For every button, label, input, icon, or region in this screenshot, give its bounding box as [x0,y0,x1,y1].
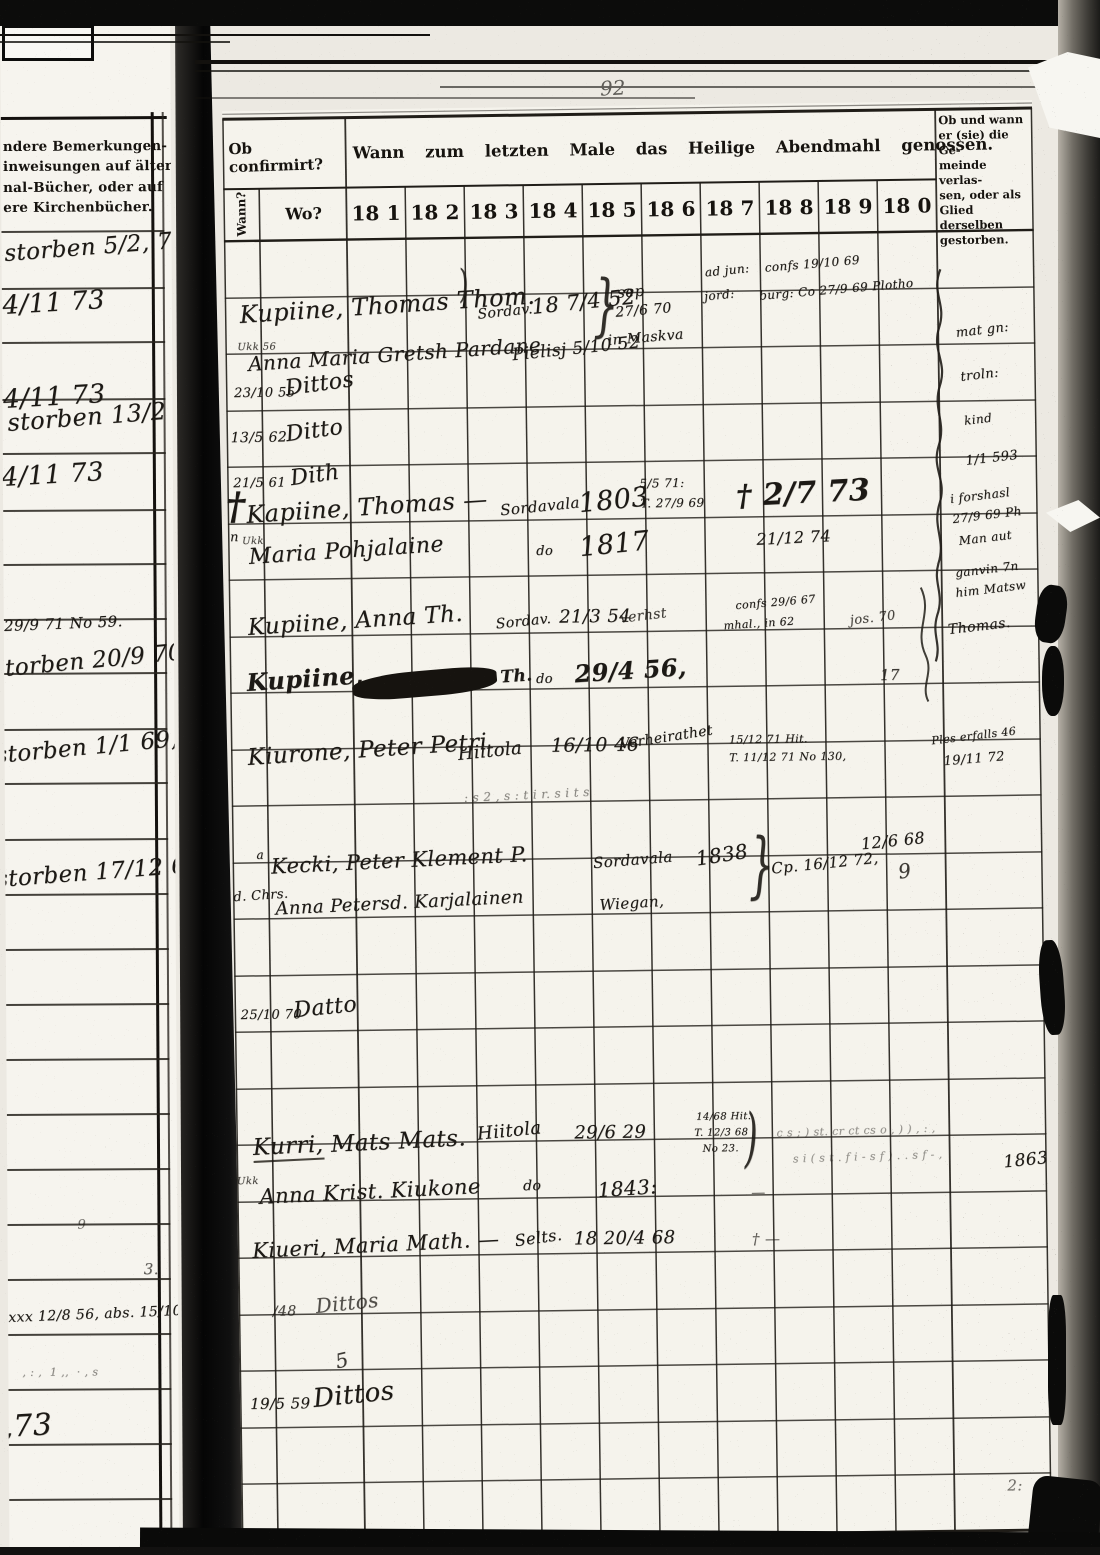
handwritten-entry: 17 [880,668,900,683]
handwritten-entry: a [256,849,264,861]
handwritten-entry: ,73 [3,1410,54,1443]
year-prefix: 18 [528,199,556,223]
ruled-line [6,948,169,951]
year-prefix: 18 [469,199,497,223]
ruled-line [3,452,166,455]
year-prefix: 18 [705,196,733,220]
departed-header-line: gestorben. [940,232,1032,248]
handwritten-entry: 1863 [1003,1150,1049,1171]
handwritten-entry: do [523,1179,541,1193]
handwritten-entry: storben 17/12 63 [0,853,179,892]
handwritten-entry: 29/9 71 No 59. [4,614,123,634]
year-column-header: 189 [818,180,878,233]
page-number-pencil: 92 [599,75,626,100]
handwritten-entry: 29/4 56, [574,655,688,686]
right-page: Ob confirmirt? Wann zum letzten Male das… [222,100,1052,1555]
handwritten-entry: 4/11 73 [1,459,105,491]
handwritten-entry: Kupiine, [246,663,364,695]
year-digit: 8 [799,195,813,219]
year-digit: 1 [386,201,400,225]
handwritten-entry: , : , 1 ,, · , s [22,1366,98,1377]
ruled-line [8,1333,171,1336]
ruled-line [6,1003,169,1006]
scan-corner-patch [2,25,94,61]
left-header-line: ere Kirchenbücher. [3,197,155,218]
year-digit: 2 [445,200,459,224]
handwritten-entry: 1843: [597,1176,658,1200]
left-page-header: ndere Bemerkungen-inweisungen auf ältere… [3,136,155,218]
handwritten-entry: 5/5 71: [639,477,684,490]
year-digit: 6 [681,197,695,221]
left-page-right-border-2 [162,112,172,1555]
ruled-line [8,1388,171,1391]
scan-blob [1048,1295,1066,1425]
handwritten-entry: do [536,673,553,686]
handwritten-entry: jord: [704,288,735,303]
year-prefix: 18 [410,200,438,224]
year-digit: 7 [740,196,754,220]
ruled-line [5,838,168,841]
ruled-line [6,1058,169,1061]
departed-header-line: er (sie) die Ge- [938,127,1030,158]
handwritten-entry: ) [744,1106,759,1171]
left-page: ndere Bemerkungen-inweisungen auf ältere… [0,0,179,1555]
header-wo: Wo? [263,204,343,224]
handwritten-entry: 15/12 71 Hit. [729,733,808,745]
year-digit: 9 [858,194,872,218]
ruled-line [7,1223,170,1226]
ruled-line [7,1113,170,1116]
year-column-header: 185 [582,183,642,236]
ruled-line [9,1443,172,1446]
handwritten-entry: † 2/7 73 [735,476,871,513]
ruled-line [5,893,168,896]
ruled-line [2,341,165,344]
left-page-top-border [1,116,167,120]
scan-bottom-edge-2 [0,1547,1100,1555]
year-column-header: 184 [523,184,583,237]
scan-streak [195,60,1100,64]
handwritten-entry: kind [963,412,992,427]
handwritten-entry: sep [617,284,646,301]
handwritten-entry: xxx 12/8 56, abs. 15/10 56 ,, [8,1302,179,1325]
departed-header-line: Ob und wann [938,112,1030,128]
year-prefix: 18 [587,198,615,222]
handwritten-entry: storben 20/9 70. [0,641,179,682]
handwritten-entry: Wiegan, [599,894,664,913]
header-wann: Wann? [234,185,249,243]
handwritten-entry: n [230,531,239,544]
handwritten-entry: 2: [1007,1478,1023,1493]
departed-header-line: sen, oder als [939,187,1031,203]
ruled-line [9,1498,172,1501]
handwritten-entry: /48 [273,1304,297,1318]
year-digit: 3 [504,199,518,223]
header-ob-confirmirt: Ob confirmirt? [228,137,343,177]
scan-streak [195,70,1100,72]
year-prefix: 18 [351,201,379,225]
handwritten-entry: † [225,487,246,525]
handwritten-entry: Kurri, [252,1134,324,1163]
year-column-header: 187 [700,182,760,235]
year-column-header: 186 [641,183,701,236]
left-header-line: nal-Bücher, oder auf [3,177,155,198]
handwritten-entry: Dittos [312,1378,396,1412]
left-header-line: ndere Bemerkungen- [3,136,155,157]
departed-header-line: Glied derselben [939,202,1031,233]
handwritten-entry: T. 11/12 71 No 130, [729,751,846,764]
handwritten-entry: 13/5 62 [231,430,288,445]
scan-streak [440,86,1100,88]
ruled-line [5,782,168,785]
scan-top-edge [0,0,1100,26]
handwritten-entry: do [536,545,553,558]
handwritten-entry: T. 27/9 69 [641,497,705,510]
year-column-header: 181 [346,187,406,240]
year-prefix: 18 [882,194,910,218]
ruled-line [3,563,166,566]
handwritten-entry: 18 20/4 68 [574,1229,676,1248]
year-digit: 5 [622,198,636,222]
header-year-columns: 181182183184185186187188189180 [346,179,937,239]
scan-streak [0,41,230,43]
handwritten-entry: 3. [144,1262,159,1277]
handwritten-entry: 19/5 59 [250,1396,311,1412]
left-header-line: inweisungen auf ältere [3,156,155,177]
year-column-header: 183 [464,185,524,238]
departed-header-line: meinde verlas- [939,157,1031,188]
left-page-right-border [151,112,163,1555]
handwritten-entry: 14/68 Hit. [696,1112,751,1123]
handwritten-entry: 9 [897,860,913,882]
handwritten-entry: Ukk [237,1177,259,1187]
handwritten-entry: 4/11 73 [2,287,106,319]
handwritten-entry: Dittos [315,1290,380,1316]
ruled-line [8,1278,171,1281]
handwritten-entry: T. 12/3 68 [694,1128,748,1139]
scan-streak [0,34,430,36]
year-prefix: 18 [646,197,674,221]
document-scan: ndere Bemerkungen-inweisungen auf ältere… [0,0,1100,1555]
year-prefix: 18 [823,195,851,219]
year-digit: 0 [917,193,931,217]
handwritten-entry: Th. [500,667,533,686]
year-column-header: 182 [405,186,465,239]
ruled-line [7,1168,170,1171]
year-column-header: 180 [877,179,937,232]
handwritten-entry: 9 [77,1219,86,1232]
handwritten-entry: 29/6 29 [574,1123,646,1142]
scan-blob [1042,646,1064,716]
year-column-header: 188 [759,181,819,234]
handwritten-entry: † — [752,1232,781,1247]
handwritten-entry: storben 1/1 69, [0,728,179,768]
header-departed: Ob und wanner (sie) die Ge-meinde verlas… [938,112,1032,248]
handwritten-entry: — [751,1186,766,1200]
handwritten-entry: No 23. [703,1144,739,1155]
ruled-line [3,509,166,512]
year-digit: 4 [563,198,577,222]
handwritten-entry: 1817 [578,527,651,561]
year-prefix: 18 [764,195,792,219]
scan-torn-corner [1028,52,1100,138]
handwritten-entry: 21/12 74 [756,528,831,548]
